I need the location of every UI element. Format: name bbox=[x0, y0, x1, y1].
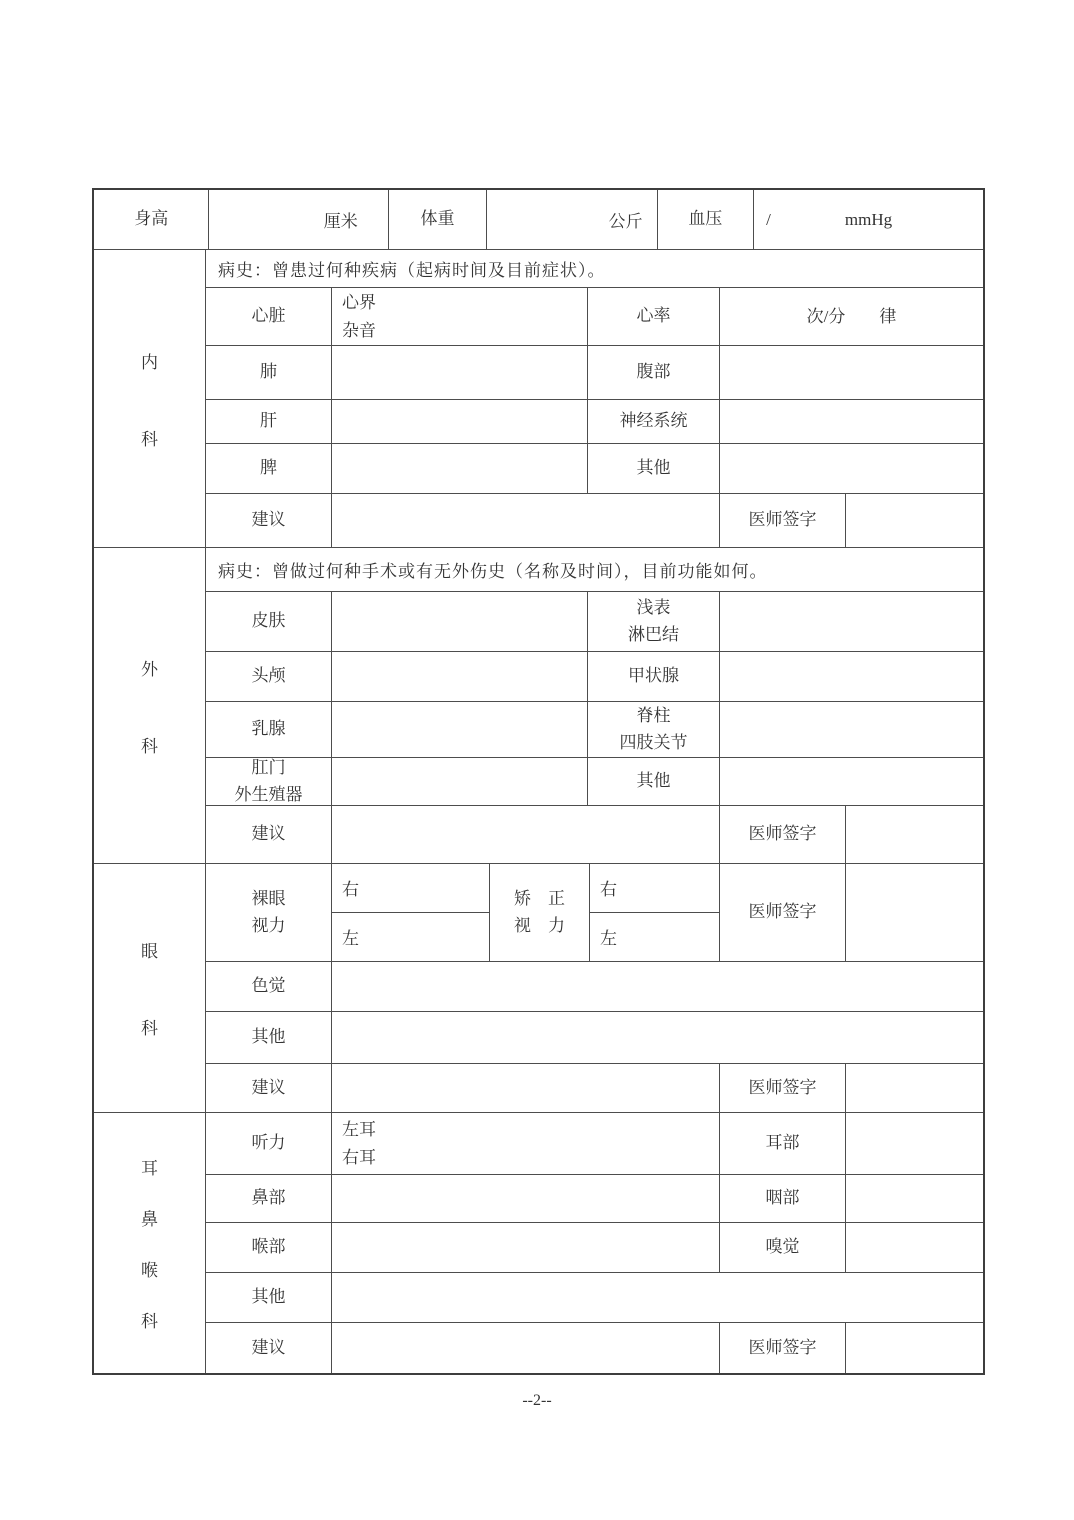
history-row: 病史：曾做过何种手术或有无外伤史（名称及时间），目前功能如何。 bbox=[206, 548, 983, 592]
finding-cell bbox=[720, 652, 983, 701]
item-label: 听力 bbox=[206, 1113, 332, 1174]
section-char: 科 bbox=[141, 1307, 158, 1332]
item-label: 其他 bbox=[206, 1012, 332, 1063]
section-ent: 耳 鼻 喉 科 听力 左耳 右耳 耳部 鼻部 咽部 bbox=[94, 1113, 983, 1373]
section-body: 病史：曾患过何种疾病（起病时间及目前症状）。 心脏 心界 杂音 心率 次/分 律… bbox=[206, 250, 983, 547]
finding-cell bbox=[332, 1273, 983, 1322]
exam-row: 其他 bbox=[206, 1012, 983, 1064]
item-label: 其他 bbox=[206, 1273, 332, 1322]
item-label: 耳部 bbox=[720, 1113, 846, 1174]
blood-pressure-value-cell: / mmHg bbox=[754, 190, 983, 249]
left-eye-label: 左 bbox=[590, 913, 719, 962]
weight-unit: 公斤 bbox=[609, 207, 643, 232]
finding-cell: 心界 杂音 bbox=[332, 288, 588, 345]
item-label: 肺 bbox=[206, 346, 332, 399]
item-label: 鼻部 bbox=[206, 1175, 332, 1222]
doctor-signature-label: 医师签字 bbox=[720, 806, 846, 863]
medical-exam-form-page: 身高 厘米 体重 公斤 血压 / mmHg 内 科 病史：曾患过何种疾病（起病时… bbox=[0, 0, 1074, 1520]
item-label: 肛门 外生殖器 bbox=[206, 758, 332, 805]
section-surgery: 外 科 病史：曾做过何种手术或有无外伤史（名称及时间），目前功能如何。 皮肤 浅… bbox=[94, 548, 983, 864]
section-internal-medicine: 内 科 病史：曾患过何种疾病（起病时间及目前症状）。 心脏 心界 杂音 心率 次… bbox=[94, 250, 983, 548]
advice-cell bbox=[332, 494, 720, 547]
section-char: 科 bbox=[141, 425, 158, 450]
finding-cell bbox=[332, 1012, 983, 1063]
finding-cell bbox=[846, 1175, 983, 1222]
item-label: 甲状腺 bbox=[588, 652, 720, 701]
advice-cell bbox=[332, 1323, 720, 1373]
section-body: 听力 左耳 右耳 耳部 鼻部 咽部 喉部 嗅觉 bbox=[206, 1113, 983, 1373]
vitals-row: 身高 厘米 体重 公斤 血压 / mmHg bbox=[94, 190, 983, 250]
signature-cell bbox=[846, 864, 983, 961]
height-label: 身高 bbox=[94, 190, 209, 249]
item-label: 皮肤 bbox=[206, 592, 332, 651]
height-unit: 厘米 bbox=[324, 207, 358, 232]
finding-cell bbox=[720, 758, 983, 805]
naked-vision-label: 裸眼 视力 bbox=[206, 864, 332, 961]
blood-pressure-unit: mmHg bbox=[845, 210, 892, 230]
finding-cell bbox=[332, 758, 588, 805]
advice-row: 建议 医师签字 bbox=[206, 806, 983, 863]
finding-cell bbox=[846, 1113, 983, 1174]
finding-cell bbox=[332, 400, 588, 443]
item-label: 色觉 bbox=[206, 962, 332, 1011]
finding-cell bbox=[846, 1223, 983, 1272]
height-value-cell: 厘米 bbox=[209, 190, 388, 249]
exam-row: 其他 bbox=[206, 1273, 983, 1323]
exam-row: 乳腺 脊柱 四肢关节 bbox=[206, 702, 983, 758]
finding-cell bbox=[720, 346, 983, 399]
exam-row: 头颅 甲状腺 bbox=[206, 652, 983, 702]
advice-row: 建议 医师签字 bbox=[206, 1323, 983, 1373]
exam-row: 肛门 外生殖器 其他 bbox=[206, 758, 983, 806]
exam-row: 肝 神经系统 bbox=[206, 400, 983, 444]
signature-cell bbox=[846, 494, 983, 547]
exam-row: 色觉 bbox=[206, 962, 983, 1012]
advice-label: 建议 bbox=[206, 1323, 332, 1373]
section-body: 裸眼 视力 右 左 矫 正 视 力 右 左 医师签字 色觉 bbox=[206, 864, 983, 1112]
advice-row: 建议 医师签字 bbox=[206, 494, 983, 547]
finding-cell bbox=[332, 962, 983, 1011]
item-label: 脾 bbox=[206, 444, 332, 493]
finding-cell bbox=[720, 592, 983, 651]
finding-cell bbox=[332, 592, 588, 651]
section-label-eye: 眼 科 bbox=[94, 864, 206, 1112]
blood-pressure-slash: / bbox=[766, 210, 771, 230]
finding-cell bbox=[332, 1175, 720, 1222]
doctor-signature-label: 医师签字 bbox=[720, 864, 846, 961]
finding-cell bbox=[720, 444, 983, 493]
finding-cell bbox=[332, 444, 588, 493]
finding-cell: 次/分 律 bbox=[720, 288, 983, 345]
section-char: 外 bbox=[141, 655, 158, 680]
advice-label: 建议 bbox=[206, 494, 332, 547]
doctor-signature-label: 医师签字 bbox=[720, 1064, 846, 1112]
section-label-surgery: 外 科 bbox=[94, 548, 206, 863]
item-label: 腹部 bbox=[588, 346, 720, 399]
exam-row: 喉部 嗅觉 bbox=[206, 1223, 983, 1273]
doctor-signature-label: 医师签字 bbox=[720, 494, 846, 547]
finding-cell: 左耳 右耳 bbox=[332, 1113, 720, 1174]
history-text: 病史：曾患过何种疾病（起病时间及目前症状）。 bbox=[206, 250, 983, 287]
vision-row: 裸眼 视力 右 左 矫 正 视 力 右 左 医师签字 bbox=[206, 864, 983, 962]
section-char: 内 bbox=[141, 348, 158, 373]
section-label-internal: 内 科 bbox=[94, 250, 206, 547]
signature-cell bbox=[846, 806, 983, 863]
advice-cell bbox=[332, 806, 720, 863]
exam-row: 心脏 心界 杂音 心率 次/分 律 bbox=[206, 288, 983, 346]
signature-cell bbox=[846, 1064, 983, 1112]
item-label: 脊柱 四肢关节 bbox=[588, 702, 720, 757]
finding-cell bbox=[332, 702, 588, 757]
page-number: --2-- bbox=[0, 1392, 1074, 1410]
section-label-ent: 耳 鼻 喉 科 bbox=[94, 1113, 206, 1373]
advice-label: 建议 bbox=[206, 806, 332, 863]
advice-cell bbox=[332, 1064, 720, 1112]
exam-table: 身高 厘米 体重 公斤 血压 / mmHg 内 科 病史：曾患过何种疾病（起病时… bbox=[92, 188, 985, 1375]
exam-row: 皮肤 浅表 淋巴结 bbox=[206, 592, 983, 652]
blood-pressure-label: 血压 bbox=[658, 190, 755, 249]
item-label: 浅表 淋巴结 bbox=[588, 592, 720, 651]
finding-cell bbox=[332, 652, 588, 701]
advice-row: 建议 医师签字 bbox=[206, 1064, 983, 1112]
item-label: 其他 bbox=[588, 444, 720, 493]
item-label: 喉部 bbox=[206, 1223, 332, 1272]
item-label: 神经系统 bbox=[588, 400, 720, 443]
history-text: 病史：曾做过何种手术或有无外伤史（名称及时间），目前功能如何。 bbox=[206, 548, 983, 591]
item-label: 其他 bbox=[588, 758, 720, 805]
item-label: 头颅 bbox=[206, 652, 332, 701]
section-ophthalmology: 眼 科 裸眼 视力 右 左 矫 正 视 力 右 左 医师签字 bbox=[94, 864, 983, 1113]
section-char: 喉 bbox=[141, 1256, 158, 1281]
item-label: 乳腺 bbox=[206, 702, 332, 757]
weight-value-cell: 公斤 bbox=[487, 190, 657, 249]
section-char: 耳 bbox=[141, 1154, 158, 1179]
item-label: 肝 bbox=[206, 400, 332, 443]
section-body: 病史：曾做过何种手术或有无外伤史（名称及时间），目前功能如何。 皮肤 浅表 淋巴… bbox=[206, 548, 983, 863]
finding-cell bbox=[332, 346, 588, 399]
finding-cell bbox=[720, 400, 983, 443]
right-eye-label: 右 bbox=[332, 864, 489, 913]
exam-row: 肺 腹部 bbox=[206, 346, 983, 400]
corrected-vision-label: 矫 正 视 力 bbox=[490, 864, 590, 961]
section-char: 科 bbox=[141, 732, 158, 757]
item-label: 心脏 bbox=[206, 288, 332, 345]
exam-row: 脾 其他 bbox=[206, 444, 983, 494]
finding-cell bbox=[332, 1223, 720, 1272]
section-char: 科 bbox=[141, 1014, 158, 1039]
advice-label: 建议 bbox=[206, 1064, 332, 1112]
section-char: 鼻 bbox=[141, 1205, 158, 1230]
item-label: 嗅觉 bbox=[720, 1223, 846, 1272]
weight-label: 体重 bbox=[389, 190, 488, 249]
item-label: 咽部 bbox=[720, 1175, 846, 1222]
doctor-signature-label: 医师签字 bbox=[720, 1323, 846, 1373]
naked-vision-values: 右 左 bbox=[332, 864, 490, 961]
corrected-vision-values: 右 左 bbox=[590, 864, 720, 961]
item-label: 心率 bbox=[588, 288, 720, 345]
exam-row: 听力 左耳 右耳 耳部 bbox=[206, 1113, 983, 1175]
right-eye-label: 右 bbox=[590, 864, 719, 913]
finding-cell bbox=[720, 702, 983, 757]
section-char: 眼 bbox=[141, 937, 158, 962]
signature-cell bbox=[846, 1323, 983, 1373]
left-eye-label: 左 bbox=[332, 913, 489, 962]
history-row: 病史：曾患过何种疾病（起病时间及目前症状）。 bbox=[206, 250, 983, 288]
exam-row: 鼻部 咽部 bbox=[206, 1175, 983, 1223]
